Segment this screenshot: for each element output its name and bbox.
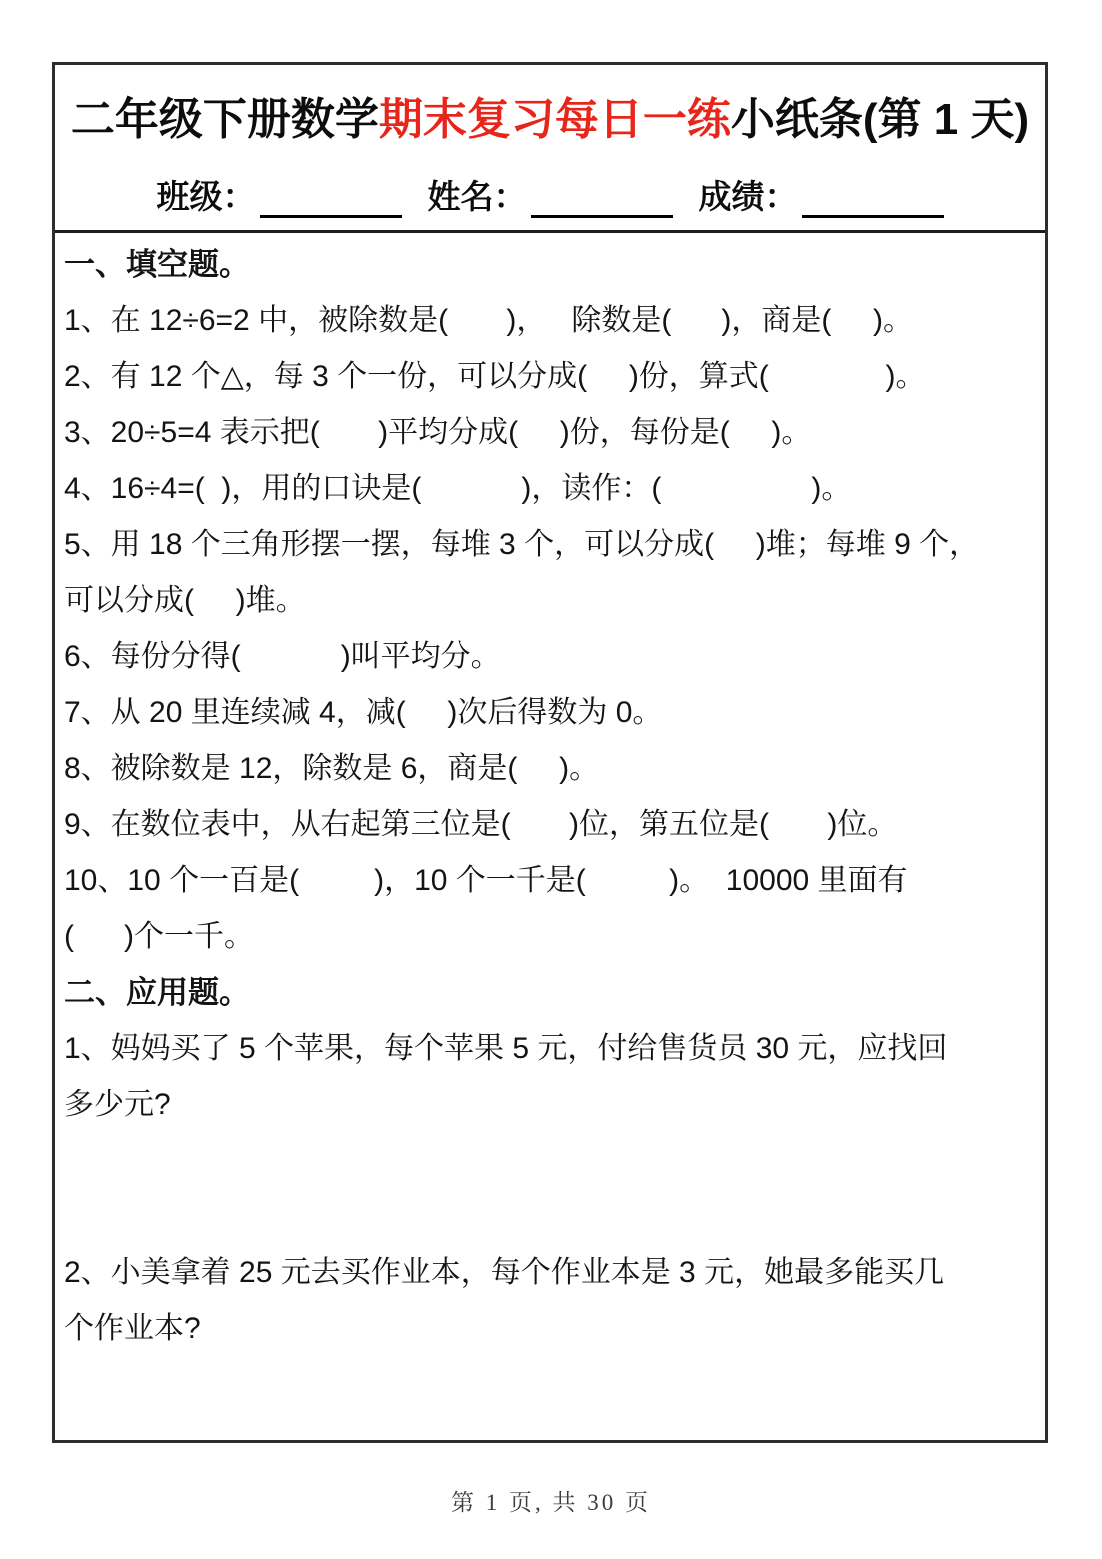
fill-question-6: 6、每份分得( )叫平均分。 [64, 629, 1037, 685]
fill-question-2: 2、有 12 个△，每 3 个一份，可以分成( )份，算式( )。 [64, 349, 1037, 405]
class-label: 班级： [157, 171, 256, 218]
name-field: 姓名： [428, 171, 673, 218]
page-title: 二年级下册数学期末复习每日一练小纸条(第 1 天) [55, 83, 1045, 147]
score-blank-line [802, 177, 944, 218]
fill-section-heading: 一、填空题。 [64, 237, 1037, 293]
title-text-black-right: 小纸条(第 1 天) [731, 95, 1029, 144]
fill-question-7: 7、从 20 里连续减 4，减( )次后得数为 0。 [64, 685, 1037, 741]
page-border-box: 二年级下册数学期末复习每日一练小纸条(第 1 天) 班级： 姓名： 成绩： 一、… [52, 62, 1048, 1443]
class-blank-line [260, 177, 402, 218]
questions-area: 一、填空题。 1、在 12÷6=2 中，被除数是( )， 除数是( )，商是( … [55, 233, 1045, 1357]
application-question-2-continued: 个作业本? [64, 1301, 1037, 1357]
title-text-black-left: 二年级下册数学 [71, 95, 379, 144]
page-indicator: 第 1 页, 共 30 页 [451, 1490, 651, 1515]
application-question-2: 2、小美拿着 25 元去买作业本，每个作业本是 3 元，她最多能买几 [64, 1245, 1037, 1301]
score-field: 成绩： [699, 171, 944, 218]
worksheet-page: { "theme": { "accent_red": "#e8251b" }, … [0, 0, 1102, 1559]
fill-question-3: 3、20÷5=4 表示把( )平均分成( )份，每份是( )。 [64, 405, 1037, 461]
fill-question-1: 1、在 12÷6=2 中，被除数是( )， 除数是( )，商是( )。 [64, 293, 1037, 349]
work-space-blank [64, 1133, 1037, 1245]
page-footer: 第 1 页, 共 30 页 [0, 1484, 1102, 1517]
fill-question-9: 9、在数位表中，从右起第三位是( )位，第五位是( )位。 [64, 797, 1037, 853]
name-blank-line [531, 177, 673, 218]
fill-question-10: 10、10 个一百是( )，10 个一千是( )。 10000 里面有 [64, 853, 1037, 909]
title-text-red-highlight: 期末复习每日一练 [379, 95, 731, 144]
score-label: 成绩： [699, 171, 798, 218]
fill-question-5-continued: 可以分成( )堆。 [64, 573, 1037, 629]
fill-question-5: 5、用 18 个三角形摆一摆，每堆 3 个，可以分成( )堆；每堆 9 个， [64, 517, 1037, 573]
application-question-1: 1、妈妈买了 5 个苹果，每个苹果 5 元，付给售货员 30 元，应找回 [64, 1021, 1037, 1077]
fill-question-4: 4、16÷4=( )，用的口诀是( )，读作：( )。 [64, 461, 1037, 517]
class-field: 班级： [157, 171, 402, 218]
fill-question-10-continued: ( )个一千。 [64, 909, 1037, 965]
student-info-row: 班级： 姓名： 成绩： [55, 171, 1045, 230]
application-section-heading: 二、应用题。 [64, 965, 1037, 1021]
name-label: 姓名： [428, 171, 527, 218]
application-question-1-continued: 多少元? [64, 1077, 1037, 1133]
fill-question-8: 8、被除数是 12，除数是 6，商是( )。 [64, 741, 1037, 797]
